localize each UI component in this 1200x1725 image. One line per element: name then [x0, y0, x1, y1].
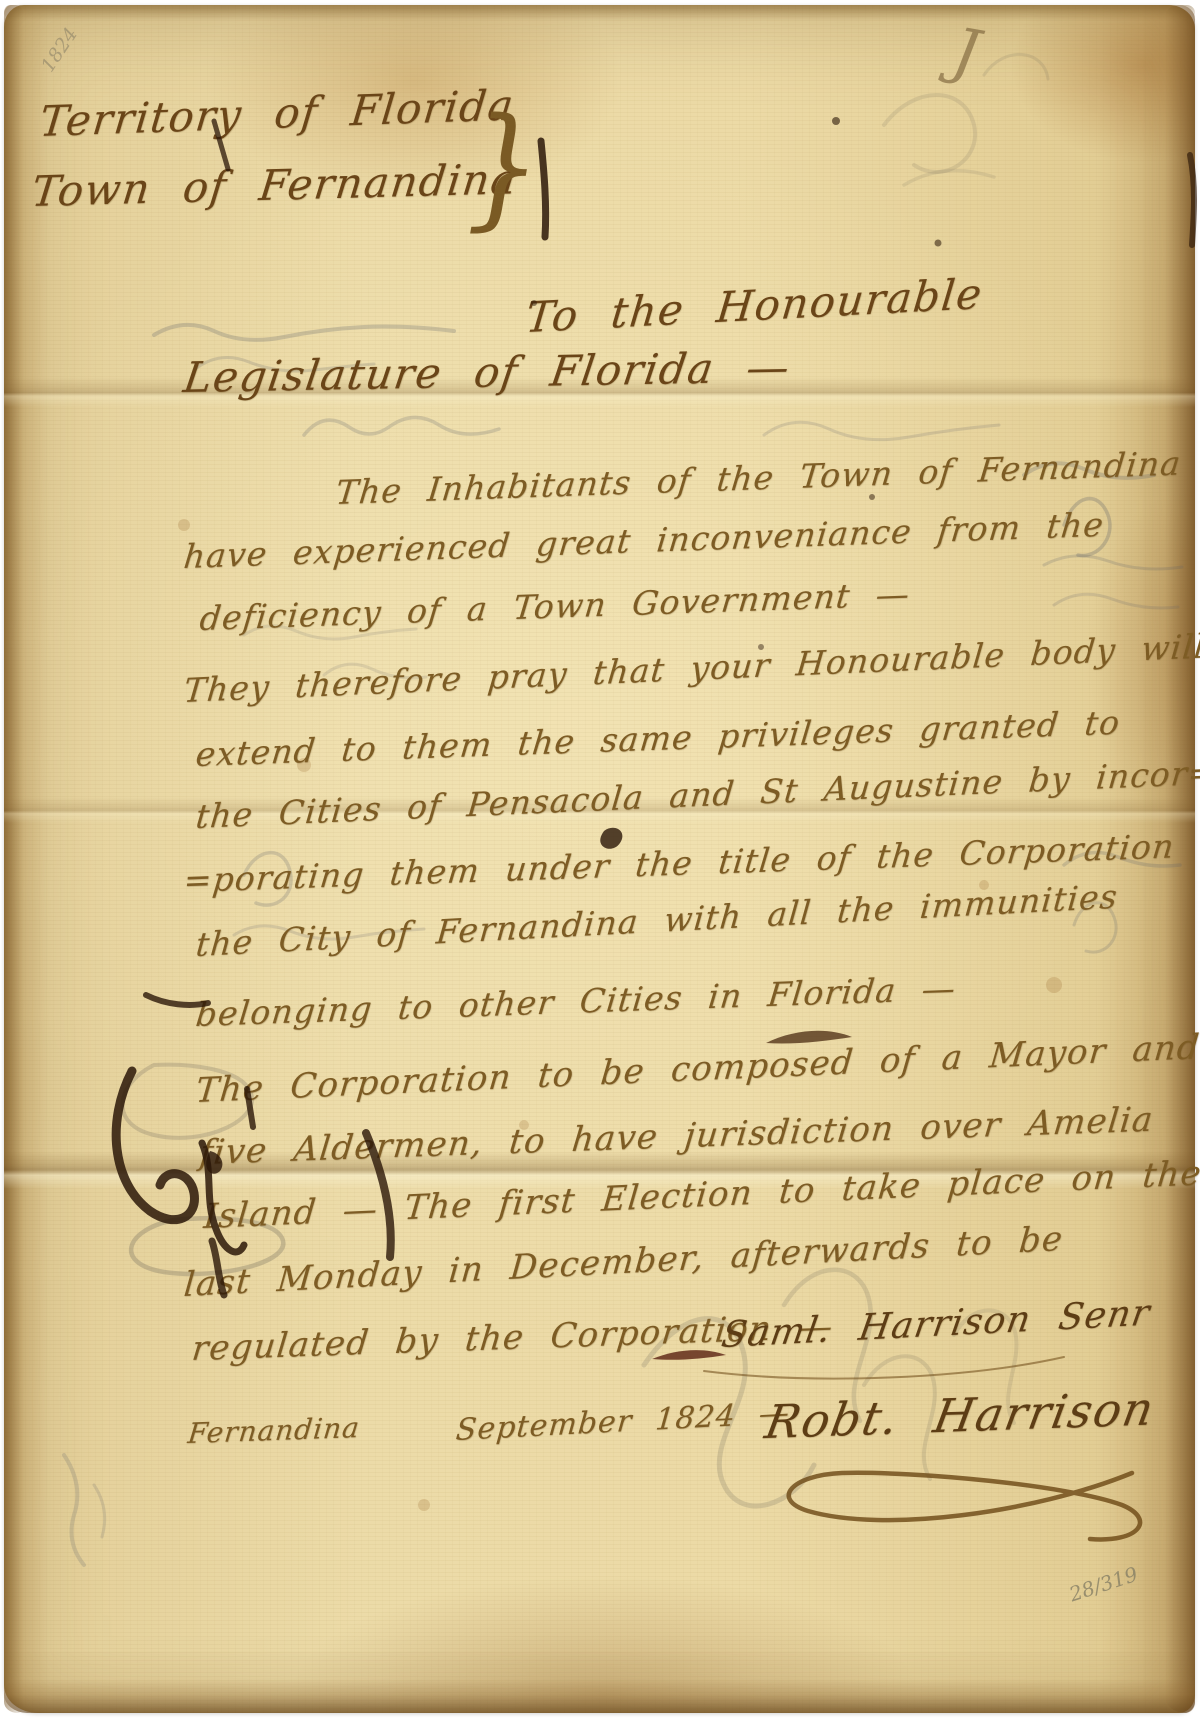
- ink-blot: [116, 1071, 194, 1220]
- dateline-date: September 1824 —: [454, 1395, 791, 1448]
- bleed-squiggle: [64, 1455, 84, 1565]
- signature-saml-harrison: Saml. Harrison Senr: [719, 1292, 1154, 1356]
- bleed-squiggle: [304, 417, 499, 435]
- fox-spot: [1046, 977, 1062, 993]
- ink-dash: [766, 1031, 852, 1044]
- salutation-line-2: Legislature of Florida —: [181, 342, 794, 402]
- heading-town-line: Town of Fernandina: [29, 154, 520, 216]
- paper-edge-bottom: [4, 1679, 1195, 1713]
- bleed-squiggle: [904, 171, 994, 185]
- pencil-year-note: 1824: [37, 24, 82, 76]
- ink-blot: [1190, 155, 1194, 245]
- manuscript-line: The Inhabitants of the Town of Fernandin…: [334, 443, 1183, 512]
- fox-spot: [418, 1499, 430, 1511]
- manuscript-line: have experienced great inconveniance fro…: [182, 505, 1106, 576]
- bleed-squiggle: [1044, 556, 1182, 569]
- bleed-squiggle: [154, 325, 454, 340]
- ink-speck: [869, 494, 875, 500]
- heading-territory-line: Territory of Florida: [37, 80, 517, 146]
- fox-spot: [178, 519, 190, 531]
- bleed-squiggle: [884, 95, 975, 172]
- paper-edge-top: [4, 5, 1195, 21]
- paper-sheet: Territory of Florida Town of Fernandina …: [4, 5, 1195, 1713]
- paper-edge-left: [4, 5, 24, 1713]
- manuscript-line: deficiency of a Town Government —: [198, 574, 912, 638]
- manuscript-line: belonging to other Cities in Florida —: [194, 968, 958, 1034]
- ink-speck: [832, 117, 840, 125]
- ink-speck: [935, 240, 942, 247]
- manuscript-line: The Corporation to be composed of a Mayo…: [194, 1027, 1200, 1111]
- page-mark: J: [948, 14, 987, 91]
- manuscript-line: They therefore pray that your Honourable…: [182, 626, 1200, 710]
- bleed-squiggle: [1054, 594, 1178, 608]
- salutation-line-1: To the Honourable: [523, 269, 985, 342]
- archival-number-note: 28/319: [1066, 1562, 1140, 1607]
- bleed-squiggle: [764, 422, 999, 439]
- dateline-place: Fernandina: [186, 1411, 361, 1450]
- bleed-squiggle: [984, 54, 1048, 79]
- signature-underline: [704, 1357, 1064, 1379]
- heading-brace: }: [466, 89, 545, 244]
- scanned-document-screenshot: { "heading": { "line1": "Territory of Fl…: [0, 0, 1200, 1725]
- signature-flourish: [789, 1473, 1140, 1540]
- bleed-squiggle: [94, 1485, 105, 1537]
- signature-robt-harrison: Robt. Harrison: [761, 1381, 1159, 1449]
